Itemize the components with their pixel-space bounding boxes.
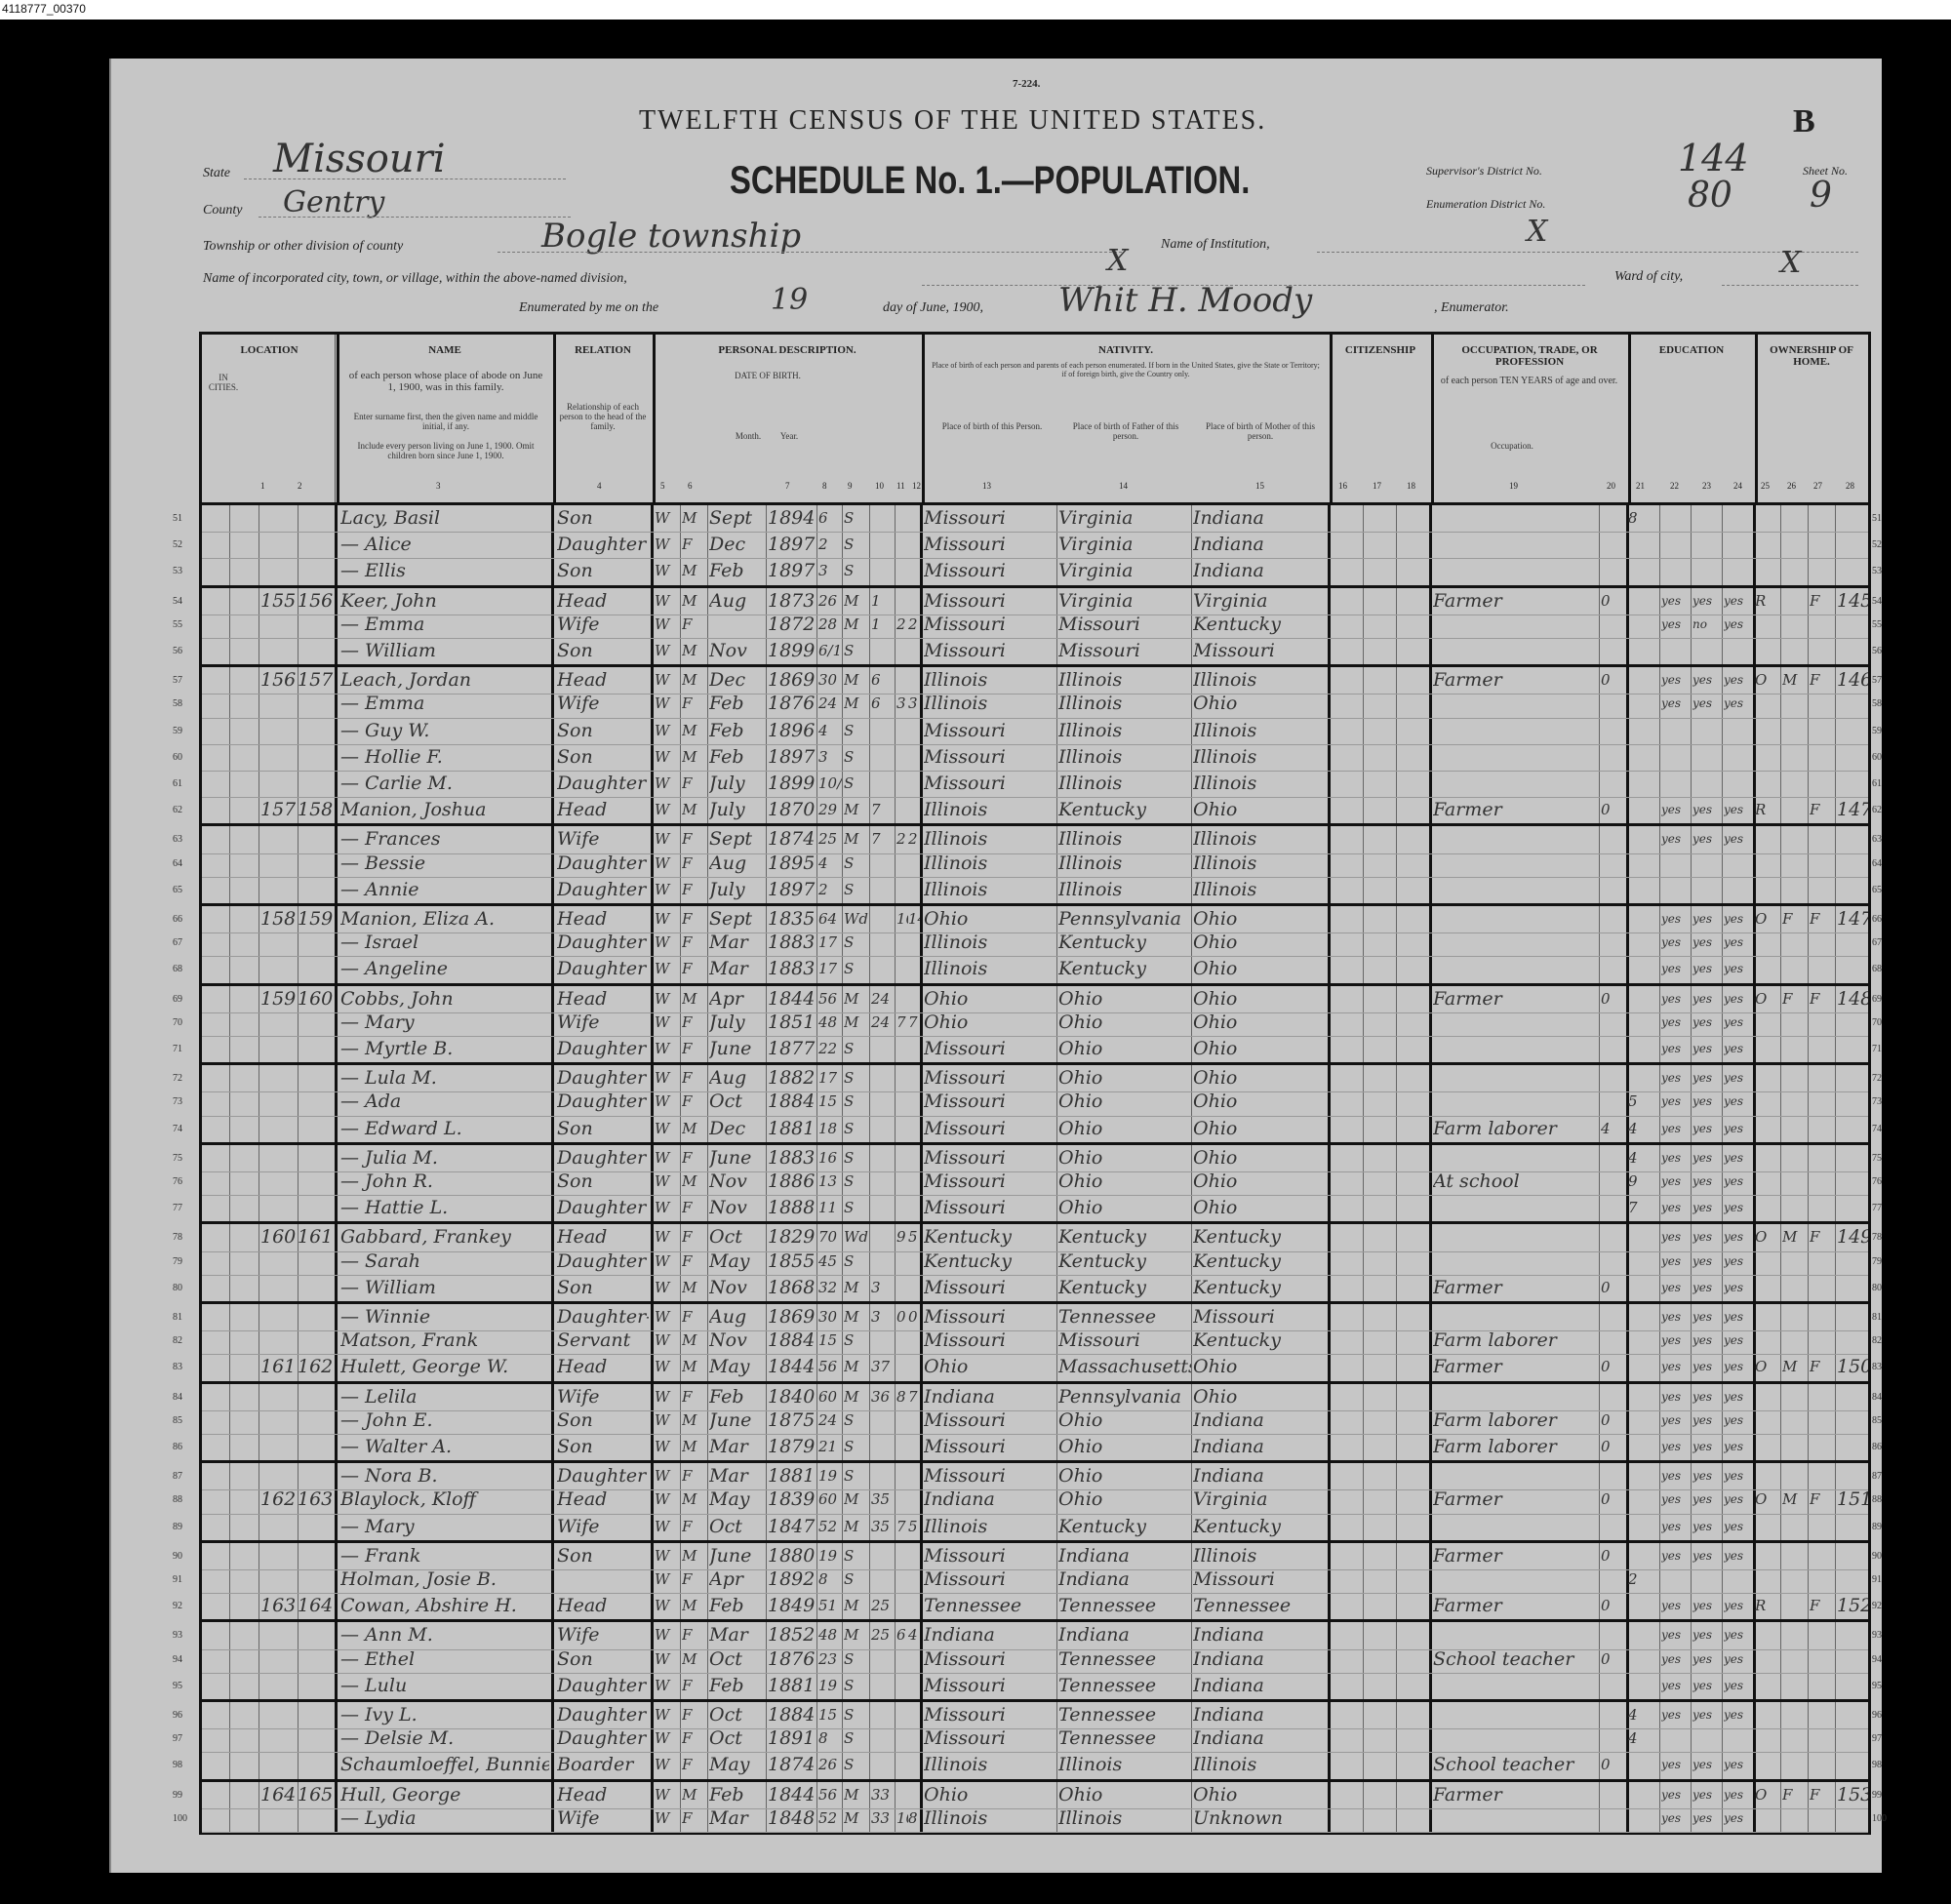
cell-father-birthplace: Tennessee (1058, 1593, 1191, 1619)
cell-father-birthplace: Illinois (1058, 771, 1191, 797)
cell-farm-schedule-number (1837, 851, 1868, 877)
cell-children-living: 0 (908, 1304, 920, 1330)
image-id-strip: 4118777_00370 (0, 0, 1951, 20)
cell-relation: Daughter (557, 1195, 649, 1221)
subhead-occupation: Occupation. (1439, 442, 1585, 452)
table-row: 7777— Hattie L.DaughterWFNov188811SMisso… (202, 1195, 1868, 1222)
cell-free-or-mortgaged (1782, 877, 1808, 903)
cell-person-name: — John R. (340, 1169, 549, 1195)
cell-birthplace: Ohio (924, 1782, 1056, 1808)
cell-farm-or-house (1810, 771, 1835, 797)
column-number: 26 (1787, 481, 1796, 491)
header-occupation: OCCUPATION, TRADE, OR PROFESSION (1431, 344, 1628, 368)
cell-relation: Son (557, 1116, 649, 1142)
cell-children-living: 2 (908, 612, 920, 638)
cell-months-unemployed: 0 (1601, 1593, 1626, 1619)
cell-mother-of (896, 930, 908, 956)
cell-marital-status: M (844, 1010, 869, 1036)
line-number-right: 84 (1872, 1384, 1882, 1410)
cell-farm-schedule-number (1837, 1116, 1868, 1142)
cell-mother-of (896, 986, 908, 1012)
cell-free-or-mortgaged (1782, 558, 1808, 584)
cell-speaks-english: yes (1724, 1622, 1753, 1648)
cell-years-married (871, 1169, 895, 1195)
cell-birth-month: Mar (709, 956, 764, 982)
cell-children-living (908, 797, 920, 823)
cell-birth-month: June (709, 1036, 764, 1062)
cell-owned-or-rented (1755, 744, 1780, 771)
cell-birth-year: 1839 (768, 1487, 816, 1513)
cell-can-read: yes (1661, 1169, 1691, 1195)
cell-age: 56 (818, 1354, 842, 1380)
cell-sex: M (682, 1408, 707, 1434)
cell-years-married (871, 1725, 895, 1752)
cell-owned-or-rented (1755, 1463, 1780, 1489)
cell-years-married: 24 (871, 986, 895, 1012)
cell-person-name: Hull, George (340, 1782, 549, 1808)
column-number: 18 (1407, 481, 1415, 491)
cell-mother-birthplace: Ohio (1193, 1782, 1328, 1808)
cell-children-living (908, 1593, 920, 1619)
cell-mother-birthplace: Ohio (1193, 1145, 1328, 1171)
cell-owned-or-rented (1755, 1514, 1780, 1540)
cell-farm-schedule-number (1837, 1434, 1868, 1460)
cell-sex: F (682, 1010, 707, 1036)
cell-marital-status: M (844, 797, 869, 823)
cell-free-or-mortgaged (1782, 1249, 1808, 1275)
institution-value: X (1527, 215, 1547, 249)
cell-color: W (655, 1514, 680, 1540)
cell-marital-status: S (844, 1646, 869, 1673)
cell-father-birthplace: Virginia (1058, 532, 1191, 558)
cell-years-married (871, 1145, 895, 1171)
cell-mother-birthplace: Ohio (1193, 930, 1328, 956)
cell-can-write (1692, 558, 1722, 584)
cell-birthplace: Missouri (924, 1646, 1056, 1673)
cell-person-name: Cobbs, John (340, 986, 549, 1012)
cell-children-living: 5 (908, 1224, 920, 1250)
cell-months-unemployed (1601, 1249, 1626, 1275)
cell-farm-or-house (1810, 1646, 1835, 1673)
cell-free-or-mortgaged: F (1782, 1782, 1808, 1808)
line-number-right: 98 (1872, 1752, 1882, 1778)
cell-birth-year: 1879 (768, 1434, 816, 1460)
cell-family-number (298, 1145, 335, 1171)
cell-birth-year: 1891 (768, 1725, 816, 1752)
cell-dwelling-number (260, 1622, 296, 1648)
line-number: 92 (173, 1593, 182, 1619)
cell-birth-year: 1897 (768, 558, 816, 584)
cell-birth-month: Oct (709, 1702, 764, 1728)
cell-can-read: yes (1661, 1275, 1691, 1301)
cell-dwelling-number (260, 1514, 296, 1540)
cell-birth-year: 1897 (768, 532, 816, 558)
cell-marital-status: S (844, 1116, 869, 1142)
cell-years-married: 33 (871, 1782, 895, 1808)
cell-dwelling-number (260, 1725, 296, 1752)
cell-speaks-english: yes (1724, 1354, 1753, 1380)
cell-birthplace: Illinois (924, 1752, 1056, 1778)
column-number: 13 (982, 481, 991, 491)
line-number: 58 (173, 691, 182, 717)
cell-children-living (908, 1725, 920, 1752)
cell-free-or-mortgaged (1782, 1065, 1808, 1091)
table-row: 8282Matson, FrankServantWMNov188415SMiss… (202, 1328, 1868, 1355)
cell-sex: F (682, 1145, 707, 1171)
cell-free-or-mortgaged (1782, 826, 1808, 853)
line-number: 86 (173, 1434, 182, 1460)
cell-can-write: yes (1692, 1514, 1722, 1540)
cell-occupation (1433, 1249, 1599, 1275)
table-row: 7070— MaryWifeWFJuly185148M2477OhioOhioO… (202, 1010, 1868, 1037)
cell-can-read (1661, 1567, 1691, 1593)
cell-sex: F (682, 532, 707, 558)
line-number-right: 75 (1872, 1145, 1882, 1171)
cell-owned-or-rented (1755, 1752, 1780, 1778)
cell-farm-or-house: F (1810, 1224, 1835, 1250)
column-number: 2 (298, 481, 302, 491)
cell-can-write (1692, 505, 1722, 532)
population-table: LOCATION NAME RELATION PERSONAL DESCRIPT… (199, 332, 1871, 1835)
cell-farm-schedule-number (1837, 771, 1868, 797)
header-personal: PERSONAL DESCRIPTION. (653, 344, 922, 356)
cell-age: 45 (818, 1249, 842, 1275)
cell-relation: Daughter (557, 1145, 649, 1171)
cell-owned-or-rented: O (1755, 1782, 1780, 1808)
cell-owned-or-rented (1755, 1145, 1780, 1171)
cell-occupation (1433, 1065, 1599, 1091)
cell-can-write: yes (1692, 667, 1722, 694)
cell-person-name: — Lelila (340, 1384, 549, 1410)
cell-years-married (871, 851, 895, 877)
cell-speaks-english: yes (1724, 930, 1753, 956)
cell-sex: F (682, 1463, 707, 1489)
cell-marital-status: S (844, 1408, 869, 1434)
line-number: 51 (173, 505, 182, 532)
cell-birth-month: Mar (709, 1434, 764, 1460)
line-number-right: 77 (1872, 1195, 1882, 1221)
cell-birthplace: Ohio (924, 986, 1056, 1012)
cell-birth-year: 1835 (768, 906, 816, 932)
cell-family-number (298, 1725, 335, 1752)
cell-months-school (1628, 1752, 1659, 1778)
cell-mother-of: 16 (896, 906, 908, 932)
city-value: X (1107, 244, 1128, 278)
cell-marital-status: S (844, 956, 869, 982)
cell-dwelling-number: 156 (260, 667, 296, 694)
cell-color: W (655, 1463, 680, 1489)
line-number-right: 100 (1872, 1805, 1887, 1832)
cell-birthplace: Missouri (924, 1275, 1056, 1301)
cell-birth-year: 1847 (768, 1514, 816, 1540)
cell-dwelling-number (260, 1169, 296, 1195)
cell-owned-or-rented (1755, 1304, 1780, 1330)
table-row: 6161— Carlie M.DaughterWFJuly189910/12SM… (202, 771, 1868, 798)
sheet-no-value: 9 (1810, 176, 1832, 216)
cell-sex: M (682, 505, 707, 532)
cell-children-living (908, 1354, 920, 1380)
institution-line (1317, 252, 1858, 253)
cell-marital-status: S (844, 1434, 869, 1460)
cell-birthplace: Missouri (924, 1463, 1056, 1489)
cell-farm-or-house (1810, 1249, 1835, 1275)
cell-occupation (1433, 1463, 1599, 1489)
line-number: 68 (173, 956, 182, 982)
cell-months-school (1628, 588, 1659, 615)
cell-children-living (908, 505, 920, 532)
cell-years-married (871, 532, 895, 558)
cell-birth-year: 1876 (768, 691, 816, 717)
cell-person-name: — Delsie M. (340, 1725, 549, 1752)
cell-children-living (908, 1487, 920, 1513)
table-row: 7676— John R.SonWMNov188613SMissouriOhio… (202, 1169, 1868, 1196)
cell-can-write: yes (1692, 1702, 1722, 1728)
cell-birth-month: June (709, 1543, 764, 1569)
cell-mother-birthplace: Ohio (1193, 1089, 1328, 1115)
line-number: 66 (173, 906, 182, 932)
cell-father-birthplace: Illinois (1058, 877, 1191, 903)
cell-marital-status: M (844, 986, 869, 1012)
cell-color: W (655, 588, 680, 615)
cell-mother-birthplace: Ohio (1193, 1169, 1328, 1195)
cell-children-living (908, 638, 920, 664)
column-number: 1 (260, 481, 265, 491)
cell-can-read: yes (1661, 1010, 1691, 1036)
header-citizenship: CITIZENSHIP (1330, 344, 1431, 356)
cell-farm-schedule-number (1837, 1304, 1868, 1330)
cell-speaks-english: yes (1724, 1782, 1753, 1808)
cell-mother-birthplace: Illinois (1193, 1543, 1328, 1569)
subhead-name-desc: of each person whose place of abode on J… (348, 370, 543, 393)
cell-mother-of (896, 1487, 908, 1513)
cell-father-birthplace: Kentucky (1058, 930, 1191, 956)
cell-farm-schedule-number (1837, 1036, 1868, 1062)
cell-person-name: — Emma (340, 691, 549, 717)
line-number-right: 92 (1872, 1593, 1882, 1619)
cell-months-unemployed (1601, 877, 1626, 903)
cell-speaks-english: yes (1724, 1249, 1753, 1275)
cell-dwelling-number: 159 (260, 986, 296, 1012)
cell-children-living: 5 (908, 1514, 920, 1540)
cell-can-write: yes (1692, 986, 1722, 1012)
table-row: 8585— John E.SonWMJune187524SMissouriOhi… (202, 1408, 1868, 1435)
cell-months-school (1628, 638, 1659, 664)
cell-farm-schedule-number (1837, 505, 1868, 532)
cell-color: W (655, 1752, 680, 1778)
cell-farm-schedule-number: 152 (1837, 1593, 1868, 1619)
cell-father-birthplace: Missouri (1058, 612, 1191, 638)
cell-color: W (655, 1195, 680, 1221)
cell-dwelling-number (260, 1463, 296, 1489)
cell-birth-year: 1855 (768, 1249, 816, 1275)
cell-free-or-mortgaged (1782, 1514, 1808, 1540)
cell-marital-status: M (844, 1593, 869, 1619)
cell-can-write: yes (1692, 1463, 1722, 1489)
cell-sex: M (682, 1434, 707, 1460)
cell-marital-status: S (844, 1725, 869, 1752)
cell-mother-birthplace: Ohio (1193, 1065, 1328, 1091)
cell-speaks-english: yes (1724, 906, 1753, 932)
cell-can-read: yes (1661, 1408, 1691, 1434)
table-row: 5353— EllisSonWMFeb18973SMissouriVirgini… (202, 558, 1868, 585)
cell-free-or-mortgaged (1782, 1702, 1808, 1728)
line-number-right: 63 (1872, 826, 1882, 853)
cell-free-or-mortgaged (1782, 532, 1808, 558)
cell-family-number (298, 1408, 335, 1434)
cell-color: W (655, 1145, 680, 1171)
cell-marital-status: M (844, 588, 869, 615)
cell-mother-of (896, 532, 908, 558)
institution-label: Name of Institution, (1161, 237, 1270, 253)
cell-birthplace: Indiana (924, 1622, 1056, 1648)
table-row: 8888162163Blaylock, KloffHeadWMMay183960… (202, 1487, 1868, 1514)
cell-months-school (1628, 1434, 1659, 1460)
subhead-nativity-desc: Place of birth of each person and parent… (929, 362, 1323, 379)
cell-birth-year: 1892 (768, 1567, 816, 1593)
cell-speaks-english: yes (1724, 1434, 1753, 1460)
cell-children-living (908, 1169, 920, 1195)
cell-can-read: yes (1661, 588, 1691, 615)
cell-years-married (871, 744, 895, 771)
cell-mother-birthplace: Ohio (1193, 1010, 1328, 1036)
cell-months-unemployed (1601, 826, 1626, 853)
cell-sex: F (682, 1249, 707, 1275)
cell-mother-of: 2 (896, 826, 908, 853)
cell-father-birthplace: Ohio (1058, 1065, 1191, 1091)
cell-farm-schedule-number (1837, 1408, 1868, 1434)
cell-father-birthplace: Ohio (1058, 1434, 1191, 1460)
cell-owned-or-rented (1755, 1328, 1780, 1354)
cell-mother-of (896, 851, 908, 877)
header-relation: RELATION (553, 344, 653, 356)
cell-sex: M (682, 558, 707, 584)
cell-can-read: yes (1661, 1434, 1691, 1460)
cell-can-read (1661, 877, 1691, 903)
cell-mother-of (896, 1646, 908, 1673)
cell-owned-or-rented (1755, 1567, 1780, 1593)
cell-can-read: yes (1661, 1782, 1691, 1808)
cell-father-birthplace: Kentucky (1058, 1275, 1191, 1301)
cell-owned-or-rented (1755, 505, 1780, 532)
cell-months-unemployed (1601, 532, 1626, 558)
cell-birth-month: Oct (709, 1514, 764, 1540)
cell-mother-birthplace: Indiana (1193, 505, 1328, 532)
cell-mother-birthplace: Ohio (1193, 1036, 1328, 1062)
cell-birthplace: Illinois (924, 877, 1056, 903)
county-line (259, 217, 571, 218)
cell-can-read (1661, 1725, 1691, 1752)
col-nativity (922, 335, 1333, 502)
cell-months-school (1628, 1543, 1659, 1569)
cell-family-number: 158 (298, 797, 335, 823)
cell-birth-month: May (709, 1752, 764, 1778)
cell-free-or-mortgaged (1782, 1304, 1808, 1330)
cell-relation: Daughter (557, 532, 649, 558)
cell-can-write: yes (1692, 797, 1722, 823)
col-citizenship (1330, 335, 1434, 502)
cell-years-married: 33 (871, 1805, 895, 1832)
cell-speaks-english (1724, 877, 1753, 903)
cell-free-or-mortgaged (1782, 1752, 1808, 1778)
cell-relation: Daughter (557, 1702, 649, 1728)
cell-color: W (655, 1702, 680, 1728)
column-number: 9 (848, 481, 853, 491)
cell-birthplace: Missouri (924, 1702, 1056, 1728)
cell-free-or-mortgaged (1782, 1275, 1808, 1301)
cell-free-or-mortgaged (1782, 771, 1808, 797)
line-number-right: 74 (1872, 1116, 1882, 1142)
cell-age: 60 (818, 1384, 842, 1410)
cell-father-birthplace: Illinois (1058, 826, 1191, 853)
cell-marital-status: S (844, 718, 869, 744)
cell-marital-status: Wd (844, 906, 869, 932)
cell-birth-year: 1884 (768, 1328, 816, 1354)
cell-owned-or-rented (1755, 851, 1780, 877)
cell-birth-month: June (709, 1145, 764, 1171)
cell-dwelling-number (260, 691, 296, 717)
cell-free-or-mortgaged: M (1782, 1224, 1808, 1250)
line-number-right: 81 (1872, 1304, 1882, 1330)
cell-family-number: 163 (298, 1487, 335, 1513)
cell-mother-birthplace: Kentucky (1193, 1249, 1328, 1275)
cell-relation: Daughter (557, 1065, 649, 1091)
cell-birthplace: Illinois (924, 930, 1056, 956)
line-number: 60 (173, 744, 182, 771)
column-number: 8 (822, 481, 827, 491)
cell-months-school (1628, 691, 1659, 717)
cell-farm-schedule-number (1837, 877, 1868, 903)
cell-family-number (298, 744, 335, 771)
line-number-right: 58 (1872, 691, 1882, 717)
ward-label: Ward of city, (1614, 269, 1683, 285)
cell-can-read: yes (1661, 1036, 1691, 1062)
cell-relation: Wife (557, 1384, 649, 1410)
cell-father-birthplace: Kentucky (1058, 797, 1191, 823)
cell-mother-of (896, 1725, 908, 1752)
cell-farm-or-house: F (1810, 588, 1835, 615)
cell-farm-schedule-number: 151 (1837, 1487, 1868, 1513)
cell-months-school (1628, 667, 1659, 694)
cell-birthplace: Missouri (924, 1567, 1056, 1593)
cell-mother-birthplace: Indiana (1193, 1408, 1328, 1434)
cell-relation: Head (557, 797, 649, 823)
line-number: 70 (173, 1010, 182, 1036)
cell-dwelling-number (260, 826, 296, 853)
subhead-in-cities: IN CITIES. (204, 374, 243, 393)
cell-family-number (298, 1116, 335, 1142)
cell-dwelling-number (260, 612, 296, 638)
subhead-month: Month. (729, 432, 768, 442)
cell-birth-month: Nov (709, 1169, 764, 1195)
cell-can-write: yes (1692, 1249, 1722, 1275)
cell-children-living (908, 1543, 920, 1569)
cell-birth-year: 1874 (768, 1752, 816, 1778)
cell-free-or-mortgaged: M (1782, 1354, 1808, 1380)
cell-age: 29 (818, 797, 842, 823)
line-number-right: 52 (1872, 532, 1882, 558)
cell-speaks-english: yes (1724, 1304, 1753, 1330)
cell-marital-status: S (844, 851, 869, 877)
cell-age: 6/12 (818, 638, 842, 664)
cell-farm-schedule-number (1837, 1195, 1868, 1221)
cell-owned-or-rented (1755, 1089, 1780, 1115)
cell-can-read: yes (1661, 1593, 1691, 1619)
cell-birthplace: Illinois (924, 956, 1056, 982)
cell-speaks-english: yes (1724, 667, 1753, 694)
line-number: 83 (173, 1354, 182, 1380)
cell-birthplace: Missouri (924, 588, 1056, 615)
cell-can-read: yes (1661, 691, 1691, 717)
